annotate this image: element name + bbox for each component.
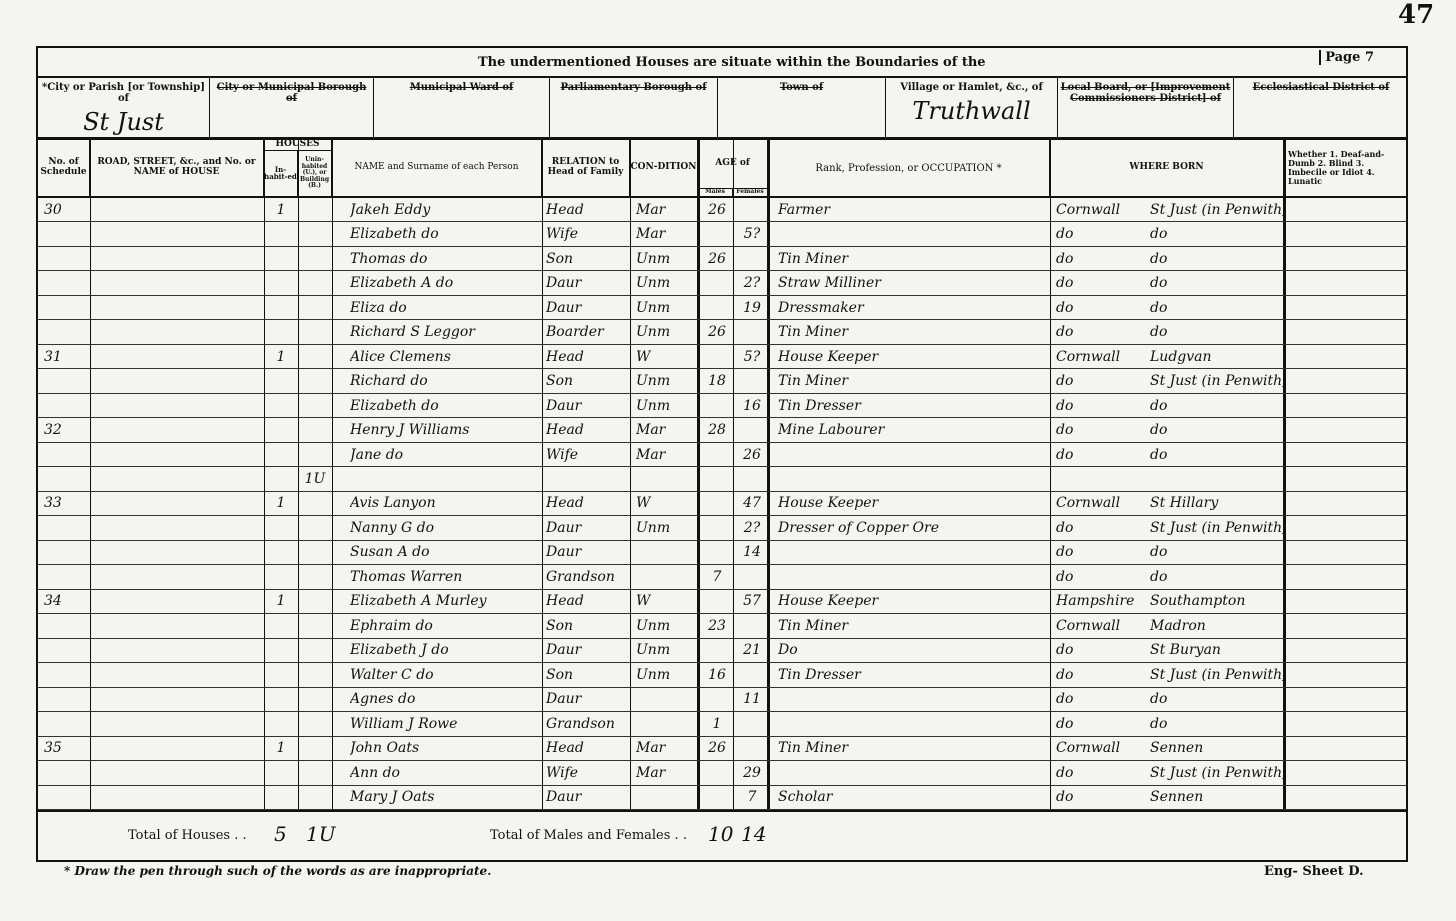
col-males: Males: [698, 189, 733, 196]
person-name: Walter C do: [350, 663, 542, 686]
occupation: [778, 712, 1050, 735]
male-age: [701, 443, 733, 466]
table-row: 341Elizabeth A MurleyHeadW57House Keeper…: [38, 590, 1406, 614]
inhabited-count: 1: [264, 590, 298, 613]
born-place: do: [1150, 541, 1284, 564]
relation: [546, 467, 630, 490]
relation: Daur: [546, 541, 630, 564]
condition: Unm: [636, 271, 696, 294]
born-county: do: [1056, 247, 1146, 270]
inhabited-count: [264, 639, 298, 662]
col-condition: CON-DITION: [630, 140, 698, 196]
uninhabited-count: [298, 296, 332, 319]
female-age: 14: [736, 541, 768, 564]
female-age: 2?: [736, 271, 768, 294]
table-row: Agnes doDaur11dodo: [38, 688, 1406, 712]
person-name: Richard do: [350, 369, 542, 392]
male-age: [701, 345, 733, 368]
male-age: 16: [701, 663, 733, 686]
person-name: Thomas do: [350, 247, 542, 270]
schedule-number: [44, 222, 88, 245]
inhabited-count: [264, 761, 298, 784]
relation: Son: [546, 247, 630, 270]
occupation: Tin Miner: [778, 737, 1050, 760]
inhabited-count: [264, 663, 298, 686]
total-persons-label: Total of Males and Females . .: [490, 828, 687, 843]
uninhabited-count: [298, 369, 332, 392]
condition: Unm: [636, 614, 696, 637]
relation: Daur: [546, 296, 630, 319]
relation: Head: [546, 198, 630, 221]
boundary-label: City or Municipal Borough of: [210, 78, 373, 104]
born-place: St Hillary: [1150, 492, 1284, 515]
total-inhabited: 5: [274, 822, 287, 846]
male-age: 26: [701, 320, 733, 343]
boundary-5: Village or Hamlet, &c., ofTruthwall: [886, 78, 1058, 137]
uninhabited-count: [298, 786, 332, 809]
table-row: Richard S LeggorBoarderUnm26Tin Minerdod…: [38, 320, 1406, 344]
female-age: [736, 247, 768, 270]
female-age: [736, 467, 768, 490]
relation: Wife: [546, 443, 630, 466]
schedule-number: [44, 394, 88, 417]
table-row: Eliza doDaurUnm19Dressmakerdodo: [38, 296, 1406, 320]
uninhabited-count: [298, 614, 332, 637]
boundary-1: City or Municipal Borough of: [210, 78, 374, 137]
relation: Wife: [546, 761, 630, 784]
born-place: do: [1150, 418, 1284, 441]
born-place: St Just (in Penwith): [1150, 198, 1284, 221]
inhabited-count: 1: [264, 737, 298, 760]
inhabited-count: [264, 712, 298, 735]
schedule-number: [44, 467, 88, 490]
table-row: Richard doSonUnm18Tin MinerdoSt Just (in…: [38, 369, 1406, 393]
condition: Mar: [636, 418, 696, 441]
female-age: 29: [736, 761, 768, 784]
born-place: Southampton: [1150, 590, 1284, 613]
occupation: [778, 565, 1050, 588]
uninhabited-count: [298, 320, 332, 343]
table-row: Elizabeth A doDaurUnm2?Straw Millinerdod…: [38, 271, 1406, 295]
occupation: Dresser of Copper Ore: [778, 516, 1050, 539]
female-age: 26: [736, 443, 768, 466]
born-county: Cornwall: [1056, 737, 1146, 760]
boundary-label: Local Board, or [Improvement Commissione…: [1058, 78, 1233, 104]
uninhabited-count: [298, 345, 332, 368]
condition: W: [636, 492, 696, 515]
born-county: Hampshire: [1056, 590, 1146, 613]
born-place: Sennen: [1150, 737, 1284, 760]
female-age: 16: [736, 394, 768, 417]
male-age: [701, 761, 733, 784]
person-name: Jane do: [350, 443, 542, 466]
male-age: 28: [701, 418, 733, 441]
col-occupation: Rank, Profession, or OCCUPATION *: [768, 140, 1050, 196]
boundary-0: *City or Parish [or Township] ofSt Just: [38, 78, 210, 137]
condition: Unm: [636, 247, 696, 270]
male-age: [701, 271, 733, 294]
condition: Unm: [636, 663, 696, 686]
condition: W: [636, 345, 696, 368]
born-place: do: [1150, 320, 1284, 343]
born-county: do: [1056, 516, 1146, 539]
total-uninhabited: 1U: [306, 822, 336, 846]
schedule-number: [44, 565, 88, 588]
inhabited-count: [264, 369, 298, 392]
person-name: Ann do: [350, 761, 542, 784]
female-age: 5?: [736, 222, 768, 245]
female-age: [736, 198, 768, 221]
born-county: [1056, 467, 1146, 490]
condition: Mar: [636, 222, 696, 245]
condition: Mar: [636, 198, 696, 221]
inhabited-count: [264, 541, 298, 564]
uninhabited-count: [298, 516, 332, 539]
condition: [636, 541, 696, 564]
table-row: Ann doWifeMar29doSt Just (in Penwith): [38, 761, 1406, 785]
uninhabited-count: [298, 394, 332, 417]
person-name: Ephraim do: [350, 614, 542, 637]
female-age: [736, 418, 768, 441]
inhabited-count: [264, 443, 298, 466]
female-age: [736, 737, 768, 760]
total-houses-label: Total of Houses . .: [128, 828, 247, 843]
female-age: 5?: [736, 345, 768, 368]
born-place: St Just (in Penwith): [1150, 516, 1284, 539]
table-row: Ephraim doSonUnm23Tin MinerCornwallMadro…: [38, 614, 1406, 638]
condition: [636, 786, 696, 809]
table-row: William J RoweGrandson1dodo: [38, 712, 1406, 736]
relation: Head: [546, 492, 630, 515]
condition: Unm: [636, 394, 696, 417]
column-headers: No. of Schedule ROAD, STREET, &c., and N…: [38, 140, 1406, 198]
schedule-number: [44, 786, 88, 809]
schedule-number: [44, 247, 88, 270]
inhabited-count: 1: [264, 492, 298, 515]
condition: Unm: [636, 639, 696, 662]
person-name: Elizabeth A do: [350, 271, 542, 294]
schedule-number: [44, 296, 88, 319]
male-age: [701, 296, 733, 319]
condition: W: [636, 590, 696, 613]
relation: Son: [546, 614, 630, 637]
col-uninhabited: Unin-habited (U.), or Building (B.): [298, 151, 331, 196]
boundary-label: Ecclesiastical District of: [1234, 78, 1408, 93]
male-age: 23: [701, 614, 733, 637]
born-county: do: [1056, 761, 1146, 784]
boundary-label: Village or Hamlet, &c., of: [886, 78, 1057, 93]
occupation: Tin Miner: [778, 320, 1050, 343]
relation: Daur: [546, 394, 630, 417]
occupation: Tin Dresser: [778, 394, 1050, 417]
schedule-number: 32: [44, 418, 88, 441]
born-county: do: [1056, 271, 1146, 294]
inhabited-count: 1: [264, 198, 298, 221]
col-road: ROAD, STREET, &c., and No. or NAME of HO…: [90, 140, 264, 196]
female-age: [736, 320, 768, 343]
born-county: do: [1056, 443, 1146, 466]
schedule-number: 31: [44, 345, 88, 368]
table-row: Mary J OatsDaur7ScholardoSennen: [38, 786, 1406, 810]
uninhabited-count: [298, 222, 332, 245]
occupation: Mine Labourer: [778, 418, 1050, 441]
occupation: [778, 541, 1050, 564]
female-age: [736, 565, 768, 588]
form-header: The undermentioned Houses are situate wi…: [38, 48, 1406, 78]
inhabited-count: 1: [264, 345, 298, 368]
born-place: St Buryan: [1150, 639, 1284, 662]
uninhabited-count: [298, 418, 332, 441]
person-name: Richard S Leggor: [350, 320, 542, 343]
schedule-number: 34: [44, 590, 88, 613]
schedule-number: [44, 688, 88, 711]
inhabited-count: [264, 222, 298, 245]
schedule-number: 30: [44, 198, 88, 221]
boundary-value: St Just: [38, 108, 209, 136]
born-place: Madron: [1150, 614, 1284, 637]
inhabited-count: [264, 688, 298, 711]
person-name: Susan A do: [350, 541, 542, 564]
born-county: do: [1056, 394, 1146, 417]
occupation: House Keeper: [778, 492, 1050, 515]
relation: Head: [546, 737, 630, 760]
born-county: do: [1056, 786, 1146, 809]
person-name: Agnes do: [350, 688, 542, 711]
table-row: 32Henry J WilliamsHeadMar28Mine Labourer…: [38, 418, 1406, 442]
occupation: Dressmaker: [778, 296, 1050, 319]
schedule-number: [44, 639, 88, 662]
schedule-number: [44, 271, 88, 294]
male-age: [701, 394, 733, 417]
person-name: Thomas Warren: [350, 565, 542, 588]
occupation: [778, 222, 1050, 245]
person-name: William J Rowe: [350, 712, 542, 735]
table-row: Jane doWifeMar26dodo: [38, 443, 1406, 467]
page-label: Page 7: [1319, 50, 1374, 65]
table-row: Elizabeth doWifeMar5?dodo: [38, 222, 1406, 246]
born-place: [1150, 467, 1284, 490]
footnote: * Draw the pen through such of the words…: [64, 864, 491, 878]
boundaries-row: *City or Parish [or Township] ofSt JustC…: [38, 78, 1406, 140]
col-females: Females: [733, 189, 767, 196]
condition: Unm: [636, 369, 696, 392]
relation: Boarder: [546, 320, 630, 343]
occupation: Tin Miner: [778, 369, 1050, 392]
person-name: John Oats: [350, 737, 542, 760]
condition: [636, 712, 696, 735]
uninhabited-count: [298, 443, 332, 466]
condition: Mar: [636, 761, 696, 784]
occupation: Farmer: [778, 198, 1050, 221]
uninhabited-count: [298, 247, 332, 270]
corner-folio-number: 47: [1398, 0, 1434, 30]
condition: Unm: [636, 296, 696, 319]
total-females: 14: [741, 822, 766, 846]
male-age: [701, 639, 733, 662]
schedule-number: [44, 320, 88, 343]
born-county: do: [1056, 418, 1146, 441]
relation: Son: [546, 663, 630, 686]
born-place: St Just (in Penwith): [1150, 663, 1284, 686]
col-infirmity: Whether 1. Deaf-and-Dumb 2. Blind 3. Imb…: [1284, 140, 1408, 196]
boundary-value: Truthwall: [886, 97, 1057, 125]
table-row: Thomas WarrenGrandson7dodo: [38, 565, 1406, 589]
inhabited-count: [264, 418, 298, 441]
born-county: Cornwall: [1056, 198, 1146, 221]
born-place: do: [1150, 712, 1284, 735]
schedule-number: 35: [44, 737, 88, 760]
male-age: 1: [701, 712, 733, 735]
total-males: 10: [708, 822, 733, 846]
uninhabited-count: [298, 761, 332, 784]
relation: Daur: [546, 516, 630, 539]
inhabited-count: [264, 516, 298, 539]
male-age: [701, 222, 733, 245]
table-row: Walter C doSonUnm16Tin DresserdoSt Just …: [38, 663, 1406, 687]
male-age: [701, 541, 733, 564]
person-name: Elizabeth do: [350, 222, 542, 245]
born-place: do: [1150, 271, 1284, 294]
table-row: Susan A doDaur14dodo: [38, 541, 1406, 565]
uninhabited-count: [298, 663, 332, 686]
col-where-born: WHERE BORN: [1050, 140, 1284, 196]
table-row: Nanny G doDaurUnm2?Dresser of Copper Ore…: [38, 516, 1406, 540]
relation: Son: [546, 369, 630, 392]
born-place: do: [1150, 443, 1284, 466]
condition: Mar: [636, 443, 696, 466]
person-name: [350, 467, 542, 490]
condition: [636, 467, 696, 490]
uninhabited-count: [298, 565, 332, 588]
male-age: 26: [701, 198, 733, 221]
inhabited-count: [264, 394, 298, 417]
relation: Daur: [546, 786, 630, 809]
boundary-6: Local Board, or [Improvement Commissione…: [1058, 78, 1234, 137]
occupation: Tin Dresser: [778, 663, 1050, 686]
inhabited-count: [264, 614, 298, 637]
inhabited-count: [264, 467, 298, 490]
female-age: 57: [736, 590, 768, 613]
female-age: [736, 663, 768, 686]
schedule-number: [44, 712, 88, 735]
relation: Daur: [546, 639, 630, 662]
boundary-4: Town of: [718, 78, 886, 137]
born-place: do: [1150, 222, 1284, 245]
born-place: do: [1150, 394, 1284, 417]
born-county: do: [1056, 663, 1146, 686]
male-age: [701, 467, 733, 490]
condition: [636, 565, 696, 588]
uninhabited-count: [298, 639, 332, 662]
female-age: [736, 369, 768, 392]
schedule-number: [44, 443, 88, 466]
occupation: House Keeper: [778, 590, 1050, 613]
uninhabited-count: [298, 541, 332, 564]
born-place: Ludgvan: [1150, 345, 1284, 368]
relation: Head: [546, 418, 630, 441]
male-age: [701, 492, 733, 515]
schedule-number: [44, 369, 88, 392]
boundary-label: Town of: [718, 78, 885, 93]
born-county: do: [1056, 712, 1146, 735]
female-age: 19: [736, 296, 768, 319]
occupation: Tin Miner: [778, 614, 1050, 637]
table-row: 311Alice ClemensHeadW5?House KeeperCornw…: [38, 345, 1406, 369]
boundary-7: Ecclesiastical District of: [1234, 78, 1408, 137]
form-title: The undermentioned Houses are situate wi…: [478, 55, 986, 70]
female-age: 2?: [736, 516, 768, 539]
person-name: Jakeh Eddy: [350, 198, 542, 221]
born-place: do: [1150, 565, 1284, 588]
occupation: Do: [778, 639, 1050, 662]
uninhabited-count: [298, 271, 332, 294]
male-age: 7: [701, 565, 733, 588]
occupation: House Keeper: [778, 345, 1050, 368]
uninhabited-count: [298, 590, 332, 613]
table-row: Thomas doSonUnm26Tin Minerdodo: [38, 247, 1406, 271]
totals-row: Total of Houses . . 5 1U Total of Males …: [38, 810, 1406, 862]
relation: Daur: [546, 688, 630, 711]
person-name: Eliza do: [350, 296, 542, 319]
condition: [636, 688, 696, 711]
person-name: Alice Clemens: [350, 345, 542, 368]
inhabited-count: [264, 296, 298, 319]
uninhabited-count: 1U: [298, 467, 332, 490]
person-name: Nanny G do: [350, 516, 542, 539]
born-place: do: [1150, 688, 1284, 711]
male-age: [701, 786, 733, 809]
relation: Head: [546, 590, 630, 613]
boundary-label: *City or Parish [or Township] of: [38, 78, 209, 104]
person-name: Mary J Oats: [350, 786, 542, 809]
female-age: 11: [736, 688, 768, 711]
table-row: 351John OatsHeadMar26Tin MinerCornwallSe…: [38, 737, 1406, 761]
male-age: [701, 688, 733, 711]
relation: Head: [546, 345, 630, 368]
person-name: Avis Lanyon: [350, 492, 542, 515]
relation: Grandson: [546, 565, 630, 588]
sheet-label: Eng- Sheet D.: [1264, 864, 1364, 879]
born-county: do: [1056, 296, 1146, 319]
table-row: 331Avis LanyonHeadW47House KeeperCornwal…: [38, 492, 1406, 516]
col-name: NAME and Surname of each Person: [332, 140, 542, 196]
table-row: Elizabeth J doDaurUnm21DodoSt Buryan: [38, 639, 1406, 663]
uninhabited-count: [298, 492, 332, 515]
occupation: [778, 688, 1050, 711]
inhabited-count: [264, 247, 298, 270]
uninhabited-count: [298, 198, 332, 221]
occupation: [778, 467, 1050, 490]
occupation: Scholar: [778, 786, 1050, 809]
table-row: Elizabeth doDaurUnm16Tin Dresserdodo: [38, 394, 1406, 418]
inhabited-count: [264, 565, 298, 588]
occupation: Tin Miner: [778, 247, 1050, 270]
inhabited-count: [264, 320, 298, 343]
relation: Wife: [546, 222, 630, 245]
born-county: do: [1056, 369, 1146, 392]
female-age: [736, 712, 768, 735]
born-county: do: [1056, 222, 1146, 245]
condition: Unm: [636, 320, 696, 343]
condition: Mar: [636, 737, 696, 760]
person-name: Elizabeth do: [350, 394, 542, 417]
occupation: [778, 443, 1050, 466]
born-county: Cornwall: [1056, 492, 1146, 515]
male-age: 18: [701, 369, 733, 392]
schedule-number: [44, 614, 88, 637]
male-age: [701, 516, 733, 539]
col-schedule: No. of Schedule: [38, 140, 90, 196]
